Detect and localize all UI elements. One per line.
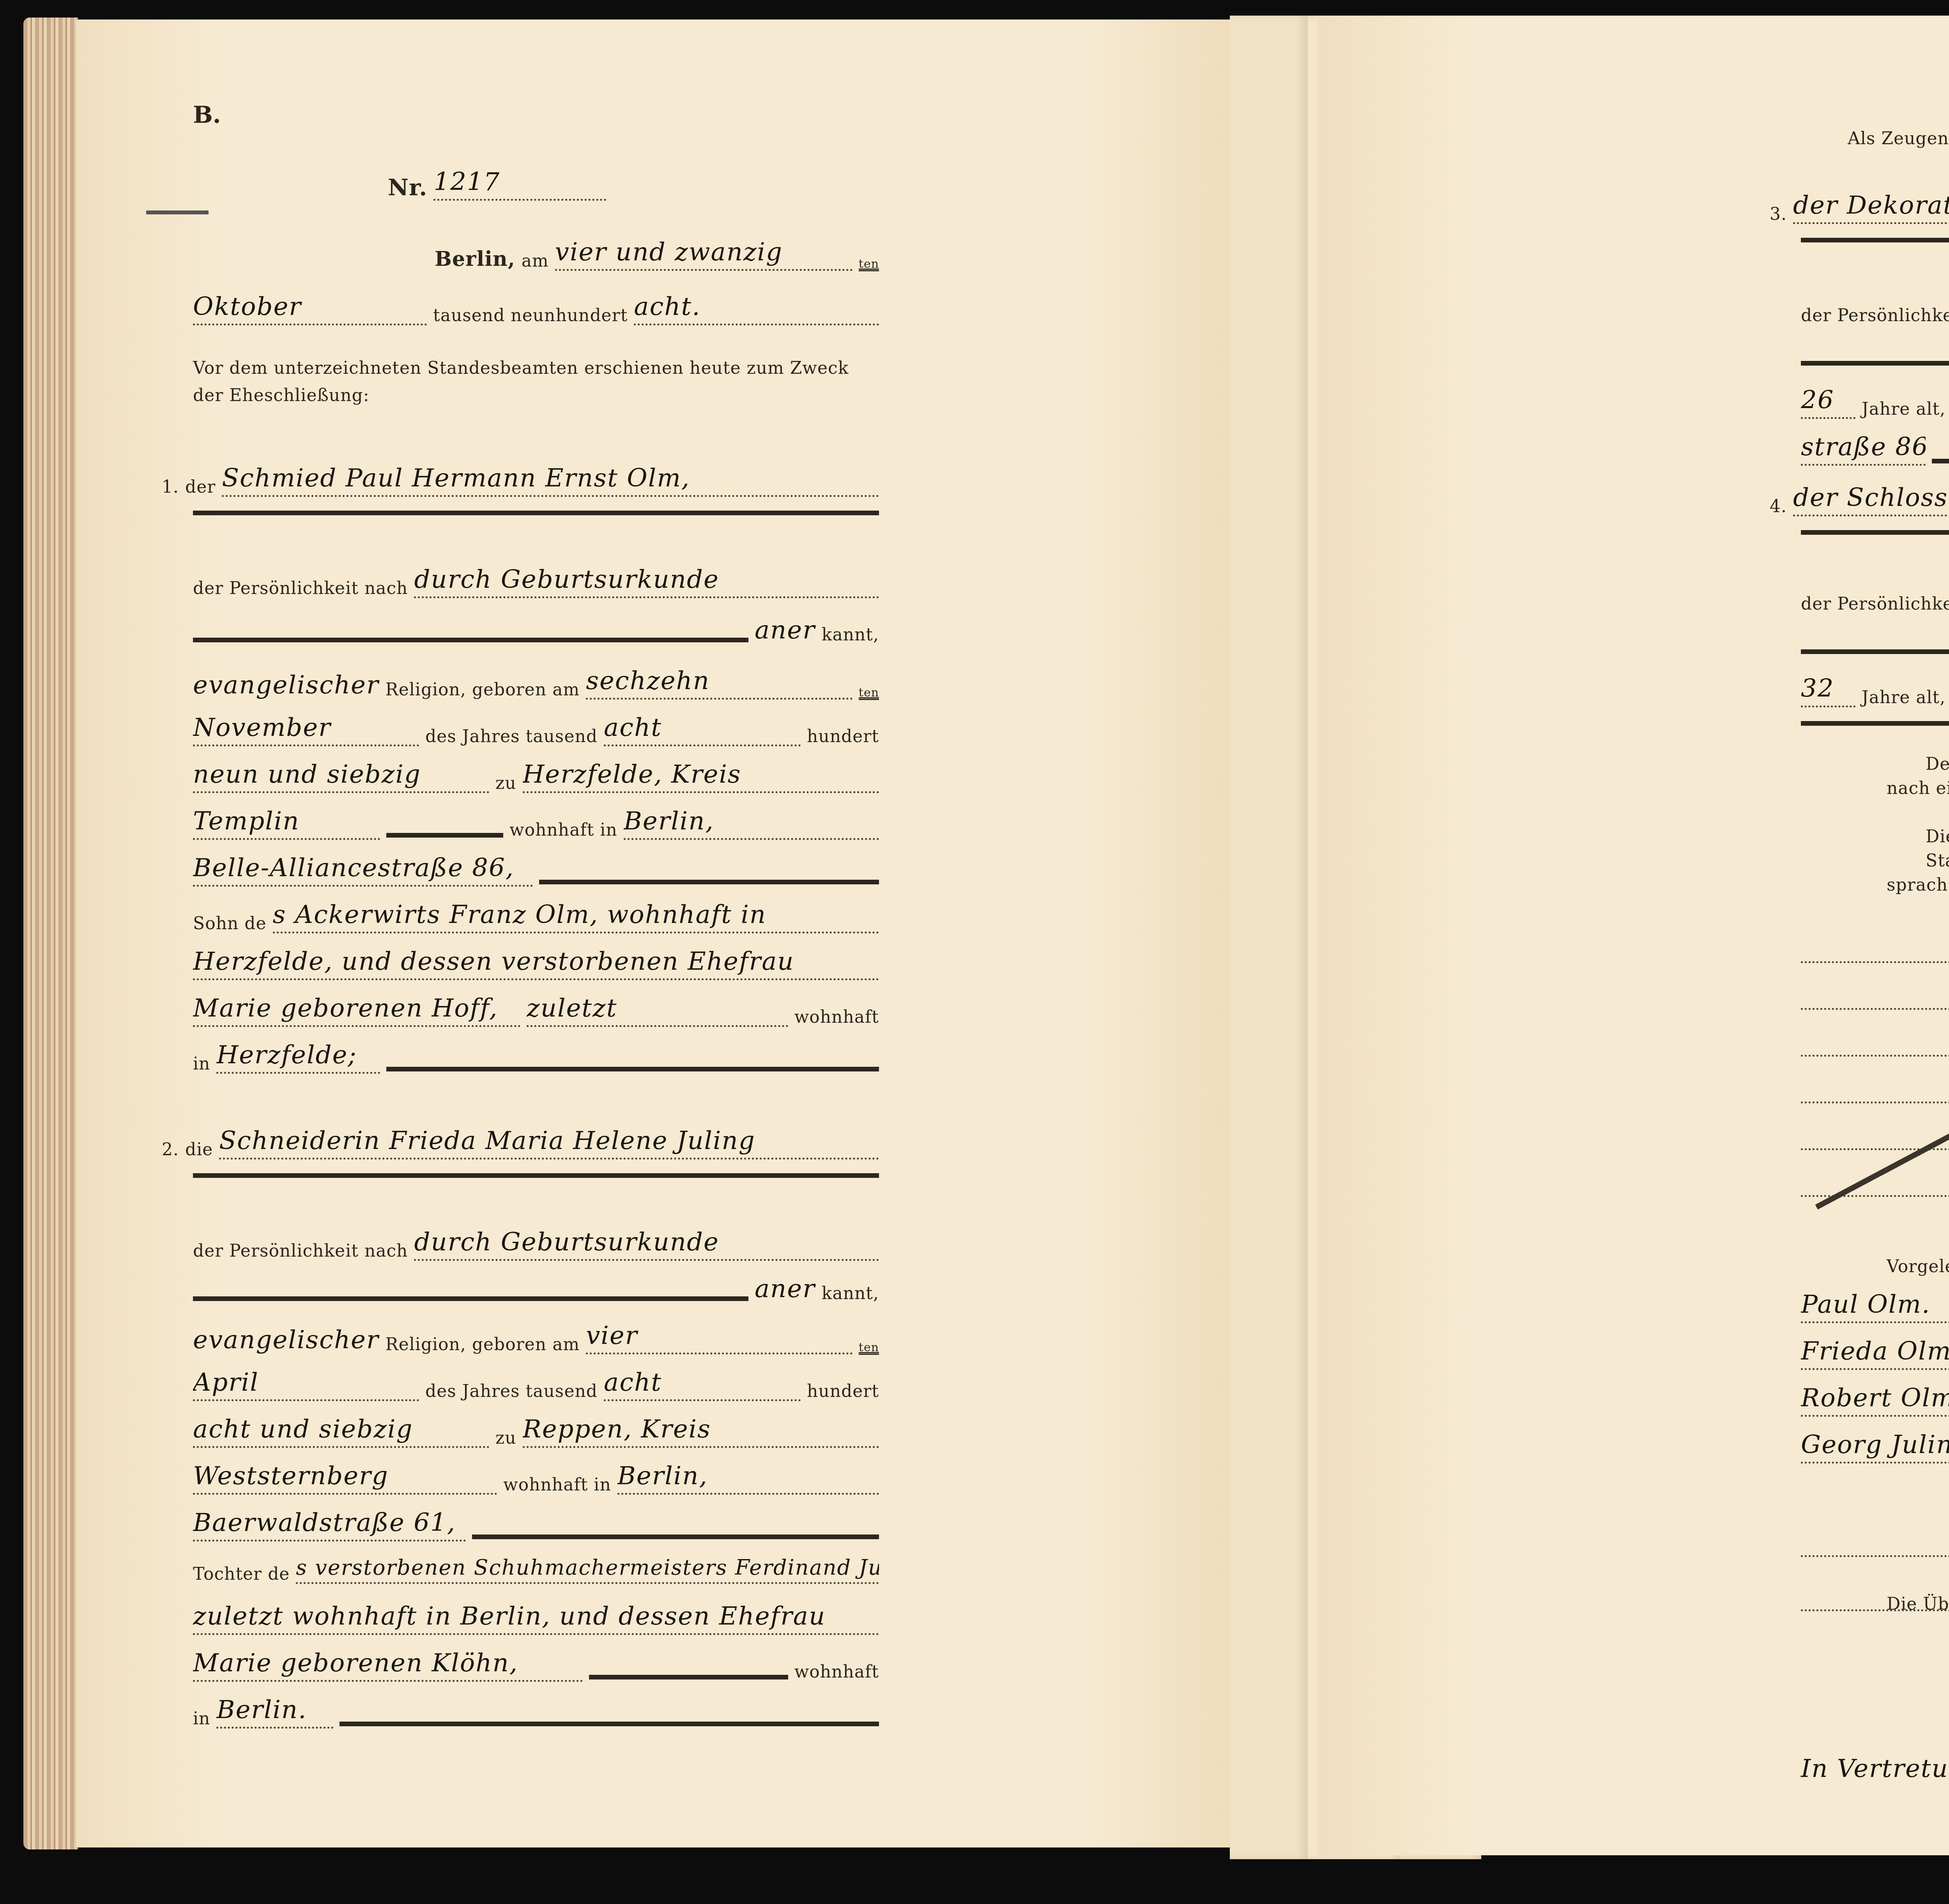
blank-line	[1801, 959, 1949, 963]
hundred-label: hundert	[807, 727, 879, 746]
person2-birth-day: vier	[586, 1321, 852, 1354]
witness3-age: 26	[1801, 386, 1855, 419]
year-prefix: tausend neunhundert	[433, 306, 628, 325]
identity-label: der Persönlichkeit nach	[1801, 594, 1949, 614]
age-label: Jahre alt, wohnhaft in	[1862, 399, 1949, 419]
person1-parents-line2: Herzfelde, und dessen verstorbenen Ehefr…	[193, 947, 879, 980]
person1-parents-line1: s Ackerwirts Franz Olm, wohnhaft in	[273, 900, 879, 933]
filler-line	[472, 1535, 879, 1539]
entry-number: 1217	[433, 168, 606, 201]
identity-label: der Persönlichkeit nach	[193, 1241, 408, 1261]
person2-birth-year: acht und siebzig	[193, 1415, 489, 1448]
hundred-label: hundert	[807, 1381, 879, 1401]
person2-known: aner	[755, 1275, 815, 1303]
person1-parents-residence: Herzfelde;	[216, 1041, 380, 1074]
parent-label: Sohn de	[193, 914, 267, 933]
filler-line	[1801, 238, 1949, 242]
filler-line	[1932, 459, 1949, 463]
series-mark: B.	[193, 101, 221, 129]
parent-label: Tochter de	[193, 1564, 290, 1584]
person1-index: 1.	[162, 477, 179, 497]
filler-line	[1801, 361, 1949, 366]
person2-parents-line2: zuletzt wohnhaft in Berlin, und dessen E…	[193, 1602, 879, 1635]
person2-identity: durch Geburtsurkunde	[414, 1228, 879, 1261]
witness3-index: 3.	[1770, 204, 1787, 224]
person1-identity: durch Geburtsurkunde	[414, 565, 879, 598]
certification-text: Die Übereinstimmung mit dem Hauptregiste…	[1887, 1594, 1949, 1614]
signature-1: Paul Olm.	[1801, 1290, 1949, 1323]
marriage-year: acht.	[634, 292, 879, 325]
religion-label: Religion, geboren am	[386, 680, 580, 700]
known-label: kannt,	[822, 625, 879, 645]
wohnhaft-label: wohnhaft	[794, 1007, 879, 1027]
filler-line	[193, 1296, 748, 1301]
place-prefix: zu	[495, 773, 516, 793]
filler-line	[1801, 649, 1949, 654]
date-am-label: am	[522, 251, 549, 271]
known-label: kannt,	[822, 1283, 879, 1303]
person1-birth-century: acht	[604, 713, 801, 746]
cert-deputy: In Vertretung:	[1801, 1754, 1949, 1783]
day-suffix: ten	[859, 1341, 879, 1354]
filler-line	[386, 833, 503, 838]
filler-line	[589, 1675, 788, 1679]
left-page: B. Nr. 1217 Berlin, am vier und zwanzig …	[76, 19, 1230, 1847]
place-prefix: zu	[495, 1428, 516, 1448]
person2-article: die	[185, 1140, 213, 1160]
witness4-index: 4.	[1770, 497, 1787, 516]
place-label: Berlin,	[435, 247, 515, 271]
residence-label: wohnhaft in	[509, 820, 617, 840]
person2-parents-line3: Marie geborenen Klöhn,	[193, 1649, 583, 1682]
residence-label: wohnhaft in	[503, 1475, 611, 1495]
read-label: Vorgelesen, genehmigt und	[1887, 1257, 1949, 1276]
declaration-line: Der Standesbeamte richtete an die Verlob…	[1801, 752, 1949, 776]
declaration-line: sprach hierauf aus,	[1801, 873, 1949, 897]
person2-birth-century: acht	[604, 1368, 801, 1401]
blank-line	[1801, 1006, 1949, 1010]
year-label: des Jahres tausend	[425, 727, 598, 746]
filler-line	[193, 638, 748, 642]
signature-2: Frieda Olm, geborne Juling.	[1801, 1337, 1949, 1370]
in-label: in	[193, 1709, 210, 1729]
filler-line	[193, 511, 879, 515]
person2-residence-street: Baerwaldstraße 61,	[193, 1508, 466, 1542]
declaration-line: nach einander die Frage:	[1801, 776, 1949, 801]
person1-religion: evangelischer	[193, 671, 379, 700]
blank-line	[1801, 1099, 1949, 1103]
person2-index: 2.	[162, 1140, 179, 1160]
person2-description: Schneiderin Frieda Maria Helene Juling	[219, 1126, 879, 1160]
person1-known: aner	[755, 616, 815, 645]
person1-parents-line3: Marie geborenen Hoff,	[193, 994, 520, 1027]
filler-line	[386, 1067, 879, 1071]
blank-line	[1801, 1052, 1949, 1057]
person1-article: der	[185, 477, 216, 497]
witness4-age: 32	[1801, 674, 1855, 707]
wohnhaft-label: wohnhaft	[794, 1662, 879, 1682]
filler-line	[1801, 721, 1949, 726]
declaration-line: daß sie kraft des Bürgerlichen Gesetzbuc…	[1801, 897, 1949, 946]
witness4-description: der Schlosser Georg Juling,	[1793, 483, 1949, 516]
signature-4: Georg Juling.	[1801, 1430, 1949, 1464]
person1-description: Schmied Paul Hermann Ernst Olm,	[222, 464, 879, 497]
identity-label: der Persönlichkeit nach	[1801, 306, 1949, 325]
signature-3: Robert Olm.	[1801, 1384, 1949, 1417]
margin-dash	[146, 210, 209, 214]
religion-label: Religion, geboren am	[386, 1335, 580, 1354]
number-label: Nr.	[388, 174, 427, 201]
filler-line	[340, 1722, 879, 1726]
declaration-line: ob sie die Ehe miteinander eingehen woll…	[1801, 801, 1949, 825]
person1-last: zuletzt	[527, 994, 788, 1027]
declaration-line: Die Verlobten bejahten diese Frage und d…	[1801, 825, 1949, 873]
person2-parents-line1: s verstorbenen Schuhmachermeisters Ferdi…	[296, 1555, 879, 1584]
person1-birth-district: Templin	[193, 807, 380, 840]
witness-intro: Als Zeugen waren zugezogen und erschiene…	[1848, 129, 1949, 149]
declaration-line: mäßig verbundene Eheleute seien.	[1801, 946, 1949, 970]
in-label: in	[193, 1054, 210, 1074]
intro-text: Vor dem unterzeichneten Standesbeamten e…	[193, 355, 879, 409]
person1-birth-place: Herzfelde, Kreis	[523, 760, 879, 793]
filler-line	[193, 1173, 879, 1178]
person2-birth-month: April	[193, 1368, 419, 1401]
identity-label: der Persönlichkeit nach	[193, 578, 408, 598]
person1-birth-year: neun und siebzig	[193, 760, 489, 793]
day-suffix: ten	[859, 686, 879, 700]
person2-birth-district: Weststernberg	[193, 1462, 497, 1495]
blank-line	[1801, 1193, 1949, 1197]
person2-birth-place: Reppen, Kreis	[523, 1415, 879, 1448]
marriage-month: Oktober	[193, 292, 427, 325]
gutter-strip	[1230, 16, 1308, 1859]
person1-residence-street: Belle-Alliancestraße 86,	[193, 854, 533, 887]
person1-residence-city: Berlin,	[624, 807, 879, 840]
person1-birth-month: November	[193, 713, 419, 746]
year-label: des Jahres tausend	[425, 1381, 598, 1401]
book-page-edges	[23, 18, 78, 1849]
witness3-residence-cont: straße 86	[1801, 433, 1926, 466]
right-page: Als Zeugen waren zugezogen und erschiene…	[1318, 16, 1949, 1855]
person1-birth-day: sechzehn	[586, 666, 852, 700]
person2-parents-residence: Berlin.	[216, 1695, 333, 1729]
filler-line	[539, 880, 879, 884]
person2-religion: evangelischer	[193, 1326, 379, 1354]
age-label: Jahre alt, wohnhaft in	[1862, 688, 1949, 707]
filler-line	[1801, 530, 1949, 535]
registrar-deputy: In Vertretung:	[1801, 1524, 1949, 1557]
witness3-description: der Dekorateur Robert Olm,	[1793, 191, 1949, 224]
day-suffix: ten	[859, 257, 879, 271]
declaration-block: Der Standesbeamte richtete an die Verlob…	[1801, 752, 1949, 970]
marriage-day: vier und zwanzig	[555, 238, 852, 271]
person2-residence-city: Berlin,	[617, 1462, 879, 1495]
